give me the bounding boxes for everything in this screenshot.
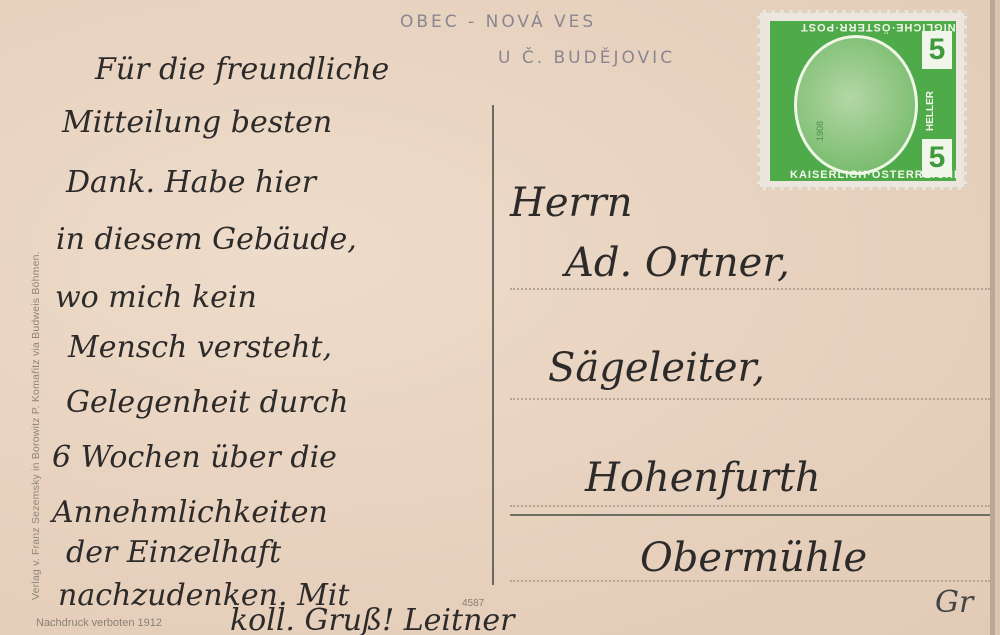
stamp-year: 1908 [815,121,825,141]
corner-mark: Gr [935,585,973,620]
address-locality: Obermühle [640,535,867,581]
stamp-design: KÖNIGLICHE·ÖSTERR·POST 1908 5 HELLER 5 K… [770,21,956,181]
message-line: Annehmlichkeiten [52,495,328,530]
address-town: Hohenfurth [585,455,821,501]
emperor-portrait-icon [794,35,918,175]
postage-stamp: KÖNIGLICHE·ÖSTERR·POST 1908 5 HELLER 5 K… [757,10,967,190]
address-line-solid [510,514,990,516]
message-line: der Einzelhaft [66,535,281,570]
address-line-dotted [510,505,990,507]
address-name: Ad. Ortner, [565,240,790,286]
address-line-dotted [510,398,990,400]
stamp-unit: HELLER [925,91,955,131]
message-line: Für die freundliche [95,52,389,87]
message-line: Dank. Habe hier [66,165,316,200]
address-line-dotted [510,288,990,290]
stamp-value-top: 5 [922,31,952,69]
message-line: wo mich kein [55,280,257,315]
message-line: in diesem Gebäude, [56,222,357,257]
message-line: Mitteilung besten [62,105,332,140]
message-line: Gelegenheit durch [66,385,349,420]
pencil-annotation-line2: U Č. BUDĚJOVIC [498,48,675,68]
address-occupation: Sägeleiter, [548,345,765,391]
copyright-notice: Nachdruck verboten 1912 [36,617,162,629]
vertical-divider [492,105,494,585]
pencil-annotation-line1: OBEC - NOVÁ VES [400,12,596,32]
stamp-inscription-bottom: KAISERLICH·ÖSTERREICHISCHE [790,169,956,181]
message-line: 6 Wochen über die [52,440,337,475]
publisher-imprint: Verlag v. Franz Sezemsky in Borowitz P. … [30,251,42,600]
postcard-back: Verlag v. Franz Sezemsky in Borowitz P. … [0,0,995,635]
address-salutation: Herrn [510,180,633,226]
card-edge [990,0,995,635]
card-number: 4587 [462,598,484,609]
message-line: Mensch versteht, [68,330,332,365]
